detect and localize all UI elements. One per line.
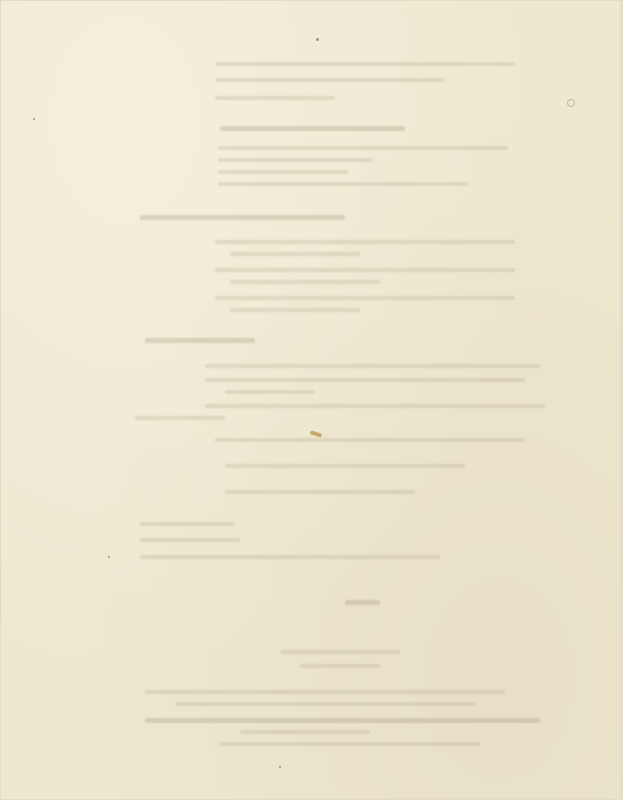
show-through-line	[140, 538, 240, 542]
show-through-line	[175, 702, 475, 706]
show-through-line	[205, 378, 525, 382]
show-through-line	[135, 416, 225, 420]
ink-speck	[33, 118, 35, 120]
show-through-line	[230, 252, 360, 256]
ink-speck	[108, 556, 110, 558]
show-through-line	[145, 338, 255, 343]
show-through-line	[140, 522, 235, 526]
show-through-line	[220, 742, 480, 746]
show-through-line	[215, 240, 515, 244]
show-through-line	[225, 464, 465, 468]
show-through-line	[218, 182, 468, 186]
show-through-line	[215, 438, 525, 442]
ink-speck	[279, 766, 281, 768]
show-through-line	[140, 215, 345, 220]
show-through-line	[280, 650, 400, 654]
show-through-line	[215, 296, 515, 300]
show-through-line	[230, 308, 360, 312]
show-through-line	[345, 600, 380, 605]
show-through-line	[225, 390, 315, 394]
show-through-line	[230, 280, 380, 284]
show-through-line	[140, 555, 440, 559]
show-through-line	[218, 158, 373, 162]
show-through-line	[300, 664, 380, 668]
show-through-line	[215, 268, 515, 272]
show-through-line	[205, 364, 540, 368]
show-through-line	[215, 96, 335, 100]
show-through-line	[218, 146, 508, 150]
show-through-line	[145, 718, 540, 723]
show-through-line	[220, 126, 405, 131]
show-through-line	[215, 78, 445, 82]
ink-speck	[316, 38, 319, 41]
show-through-line	[215, 62, 515, 66]
show-through-line	[240, 730, 370, 734]
scanned-page	[0, 0, 623, 800]
show-through-line	[225, 490, 415, 494]
show-through-line	[145, 690, 505, 694]
paper-stain	[310, 430, 323, 438]
show-through-line	[218, 170, 348, 174]
paper-blemish	[567, 99, 575, 107]
show-through-line	[205, 404, 545, 408]
